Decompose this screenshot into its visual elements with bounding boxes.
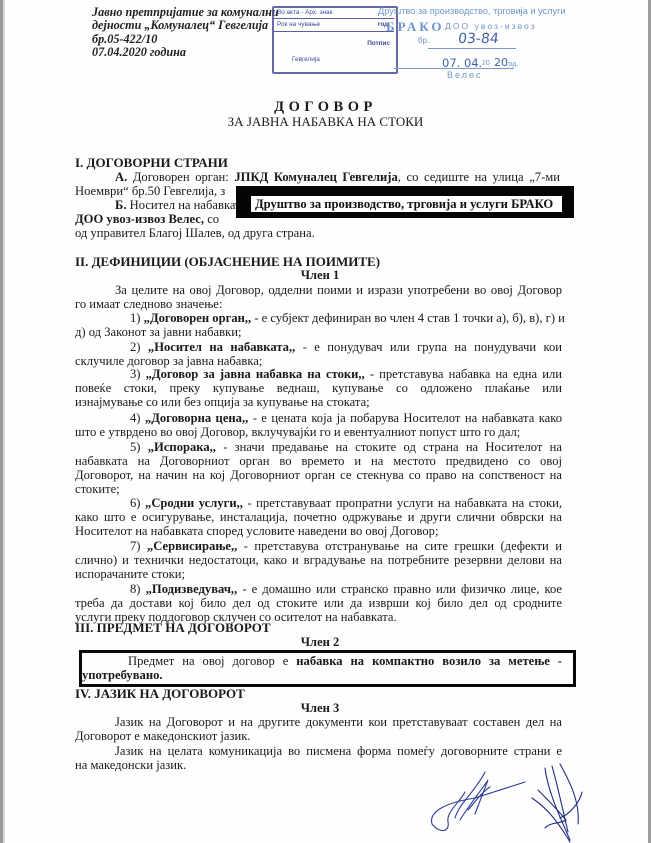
definition-text: - е домашно или странско правно или физи…: [237, 582, 562, 596]
definition-item: 2) „Носител на набавката,, - е понудувач…: [130, 341, 562, 355]
stamp-city: Велес: [447, 70, 482, 80]
definition-number: 3): [130, 367, 146, 381]
company-stamp: Друштво за производство, трговија и услу…: [378, 6, 578, 84]
definition-continuation: што е утврдено во овој Договор, вклучува…: [75, 426, 520, 440]
definition-item: 4) „Договорна цена,, - е цената која ја …: [130, 412, 562, 426]
definition-term: „Сродни услуги,,: [145, 496, 243, 510]
definition-item: 1) „Договорен орган,, - е субјект дефини…: [130, 312, 562, 326]
redaction-label: Друштво за производство, трговија и услу…: [251, 196, 562, 212]
party-a-label: А.: [115, 170, 127, 184]
section-3-heading: III. ПРЕДМЕТ НА ДОГОВОРОТ: [75, 621, 271, 635]
party-b-text: Носител на набавкат: [126, 198, 240, 212]
stamp-number-label: бр.: [418, 36, 429, 45]
definition-continuation: д) од Законот за јавни набавки;: [75, 326, 241, 340]
definition-number: 4): [130, 411, 145, 425]
definition-term: „Договор за јавна набавка на стоки,,: [146, 367, 365, 381]
language-p2-line-1: Јазик на целата комуникација во писмена …: [115, 745, 562, 759]
definition-continuation: Договорот, на начин на кој Договорниот о…: [75, 469, 562, 483]
definition-continuation: треба да достави кој било дел од стоките…: [75, 597, 562, 611]
issuer-line-1: Јавно претпријатие за комунални: [92, 6, 279, 19]
article-3-label: Член 3: [75, 702, 565, 716]
definition-number: 6): [130, 496, 145, 510]
definition-term: „Договорен орган,,: [144, 311, 252, 325]
definition-term: „Подизведувач,,: [146, 582, 238, 596]
party-b-line-3: од управител Благој Шалев, од друга стра…: [75, 227, 315, 241]
definition-number: 7): [130, 539, 147, 553]
subject-item: набавка на компактно возило за метење -: [296, 654, 562, 668]
definition-continuation: Носителот на набавката според условите н…: [75, 525, 438, 539]
definition-number: 1): [130, 311, 144, 325]
section-4-heading: IV. ЈАЗИК НА ДОГОВОРОТ: [75, 687, 245, 701]
definition-continuation: изнајмување со или без опција за купувањ…: [75, 396, 370, 410]
definition-item: 5) „Испорака,, - значи предавање на сток…: [130, 441, 562, 455]
language-p1-line-1: Јазик на Договорот и на другите документ…: [115, 716, 562, 730]
issuer-line-2: дејности „Комуналец“ Гевгелија: [92, 19, 279, 32]
stamp-date-century: 20: [482, 60, 490, 67]
stamp-date-value: 07. 04.: [442, 56, 482, 70]
reference-number: бр.05-422/10: [92, 33, 279, 46]
definition-text: - е понудувач или група на понудувачи ко…: [295, 340, 562, 354]
definition-text: - е субјект дефиниран во член 4 став 1 т…: [251, 311, 565, 325]
signature-icon: [420, 762, 620, 843]
definition-continuation: повеќе стоки, преку купување веднаш, куп…: [75, 382, 562, 396]
subject-line-1: Предмет на овој договор е набавка на ком…: [128, 655, 562, 669]
section-1-heading: I. ДОГОВОРНИ СТРАНИ: [75, 156, 228, 170]
definition-number: 5): [130, 440, 148, 454]
stamp-archive-label: Во акта - Арх. знак: [277, 9, 332, 16]
party-b-text-2: со: [204, 212, 219, 226]
stamp-divider: [274, 18, 394, 19]
definition-term: „Договорна цена,,: [145, 411, 248, 425]
article-1-label: Член 1: [75, 269, 565, 283]
definitions-intro-line-2: го имаат следново значење:: [75, 298, 222, 312]
party-a-name: ЈПКД Комуналец Гевгелија: [234, 170, 397, 184]
definition-number: 2): [130, 340, 148, 354]
party-a-line-1: А. Договорен орган: ЈПКД Комуналец Гевге…: [115, 171, 560, 185]
language-p2-line-2: на македонски јазик.: [75, 759, 186, 773]
party-b-company: ДОО увоз-извоз Велес,: [75, 212, 204, 226]
party-b-line-2: ДОО увоз-извоз Велес, со: [75, 213, 219, 227]
definition-continuation: како што е осигурување, инсталација, поч…: [75, 511, 562, 525]
definition-continuation: стоките;: [75, 483, 120, 497]
subject-item-condition: употребувано.: [82, 668, 163, 682]
definition-term: „Испорака,,: [148, 440, 216, 454]
subject-text: Предмет на овој договор е: [128, 654, 296, 668]
article-2-label: Член 2: [75, 636, 565, 650]
stamp-company-type: ДОО увоз-извоз: [445, 21, 537, 31]
definition-number: 8): [130, 582, 146, 596]
party-b-label: Б.: [115, 198, 126, 212]
stamp-company-name: Друштво за производство, трговија и услу…: [378, 6, 553, 16]
definition-text: - е цената која ја побарува Носителот на…: [248, 411, 562, 425]
document-subtitle: ЗА ЈАВНА НАБАВКА НА СТОКИ: [0, 114, 651, 130]
stamp-number-value: 03-84: [457, 31, 499, 47]
stamp-date-suffix: год.: [506, 61, 518, 68]
definition-item: 7) „Сервисирање,, - претставува отстрану…: [130, 540, 562, 554]
party-a-line-2: Ноември“ бр.50 Гевгелија, з: [75, 185, 225, 199]
definition-text: - претставува отстранување на сите грешк…: [237, 539, 562, 553]
subject-line-2: употребувано.: [82, 669, 163, 683]
definitions-intro-line-1: За целите на овој Договор, одделни поими…: [115, 284, 562, 298]
issuer-header: Јавно претпријатие за комунални дејности…: [92, 6, 279, 60]
definition-item: 6) „Сродни услуги,, - претставуваат проп…: [130, 497, 562, 511]
section-2-heading: II. ДЕФИНИЦИИ (ОБЈАСНЕНИЕ НА ПОИМИТЕ): [75, 255, 380, 269]
definition-continuation: испорачаните стоки;: [75, 568, 185, 582]
stamp-retention-label: Рок на чување: [277, 21, 320, 28]
definition-text: - претставува набавка на една или: [365, 367, 562, 381]
party-a-address: , со седиште на улица „7-ми: [398, 170, 560, 184]
definition-term: „Носител на набавката,,: [148, 340, 295, 354]
party-b-line-1: Б. Носител на набавкат: [115, 199, 241, 213]
stamp-city: Гевгелија: [292, 56, 320, 63]
header-date: 07.04.2020 година: [92, 46, 279, 59]
language-p1-line-2: Договорот е македонскиот јазик.: [75, 730, 250, 744]
definition-text: - значи предавање на стоките од страна н…: [216, 440, 562, 454]
definition-continuation: слично) и технички недостатоци, како и в…: [75, 554, 562, 568]
party-a-text: Договорен орган:: [127, 170, 234, 184]
definition-continuation: набавката на Договорниот орган во времет…: [75, 455, 562, 469]
stamp-divider: [274, 31, 394, 32]
stamp-brand: БРАКО: [386, 19, 444, 35]
stamp-number-line: [428, 48, 516, 49]
definition-text: - претставуваат пропратни услуги на наба…: [243, 496, 562, 510]
definition-item: 8) „Подизведувач,, - е домашно или стран…: [130, 583, 562, 597]
definition-term: „Сервисирање,,: [147, 539, 237, 553]
definition-item: 3) „Договор за јавна набавка на стоки,, …: [130, 368, 562, 382]
